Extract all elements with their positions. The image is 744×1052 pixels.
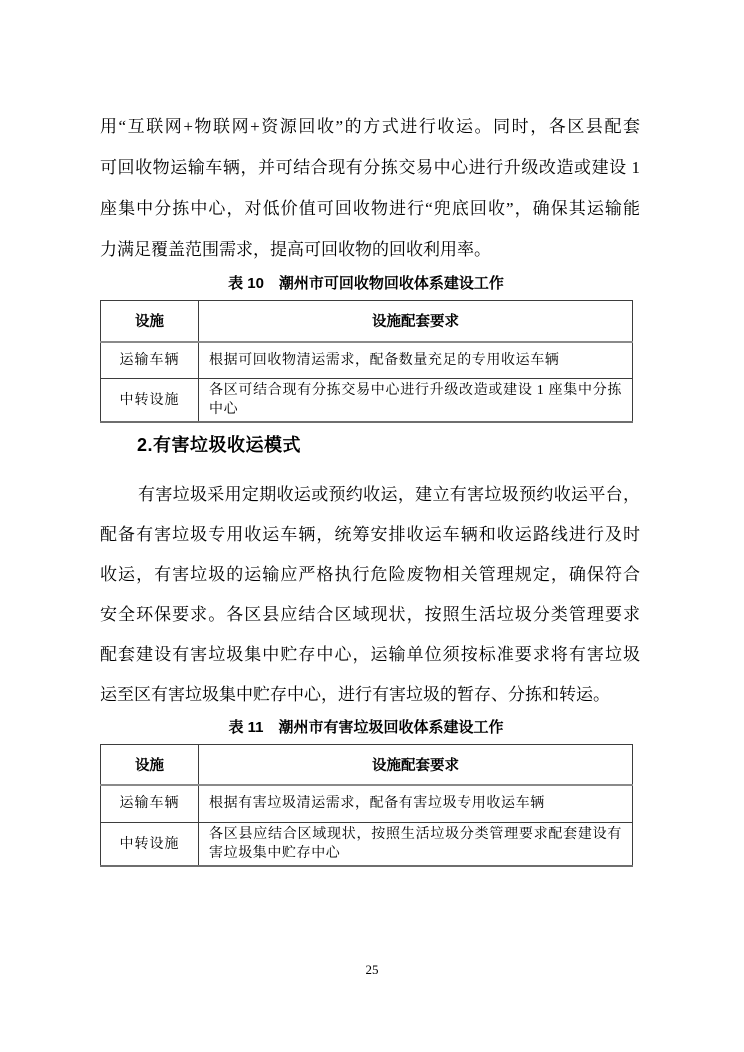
cell-requirement: 根据有害垃圾清运需求，配备有害垃圾专用收运车辆 bbox=[199, 785, 633, 823]
paragraph-line: 安全环保要求。各区县应结合区域现状，按照生活垃圾分类管理要求 bbox=[100, 595, 640, 635]
table11-caption-title: 潮州市有害垃圾回收体系建设工作 bbox=[279, 719, 504, 736]
table11-caption: 表 11潮州市有害垃圾回收体系建设工作 bbox=[100, 718, 632, 738]
cell-facility: 运输车辆 bbox=[101, 342, 199, 379]
paragraph-line: 运至区有害垃圾集中贮存中心，进行有害垃圾的暂存、分拣和转运。 bbox=[100, 675, 640, 715]
table10-caption-title: 潮州市可回收物回收体系建设工作 bbox=[279, 275, 504, 292]
paragraph-line: 用“互联网+物联网+资源回收”的方式进行收运。同时，各区县配套 bbox=[100, 106, 640, 147]
section-heading-hazardous-waste: 2.有害垃圾收运模式 bbox=[137, 434, 301, 457]
hazardous-waste-table: 设施 设施配套要求 运输车辆 根据有害垃圾清运需求，配备有害垃圾专用收运车辆 中… bbox=[100, 744, 633, 867]
paragraph-line: 收运，有害垃圾的运输应严格执行危险废物相关管理规定，确保符合 bbox=[100, 555, 640, 595]
table-row: 中转设施 各区可结合现有分拣交易中心进行升级改造或建设 1 座集中分拣中心 bbox=[101, 379, 633, 423]
cell-facility: 中转设施 bbox=[101, 823, 199, 867]
paragraph-line: 配备有害垃圾专用收运车辆，统筹安排收运车辆和收运路线进行及时 bbox=[100, 515, 640, 555]
paragraph-line: 有害垃圾采用定期收运或预约收运，建立有害垃圾预约收运平台， bbox=[100, 475, 640, 515]
paragraph-recyclables: 用“互联网+物联网+资源回收”的方式进行收运。同时，各区县配套 可回收物运输车辆… bbox=[100, 106, 640, 270]
paragraph-line: 力满足覆盖范围需求，提高可回收物的回收利用率。 bbox=[100, 229, 640, 270]
table11-header-facility: 设施 bbox=[101, 745, 199, 785]
cell-facility: 运输车辆 bbox=[101, 785, 199, 823]
page-number: 25 bbox=[0, 962, 744, 978]
table10-caption-label: 表 10 bbox=[228, 275, 264, 292]
table11-caption-label: 表 11 bbox=[228, 719, 263, 736]
table11-header-row: 设施 设施配套要求 bbox=[101, 745, 633, 785]
paragraph-line: 可回收物运输车辆，并可结合现有分拣交易中心进行升级改造或建设 1 bbox=[100, 147, 640, 188]
paragraph-hazardous-waste: 有害垃圾采用定期收运或预约收运，建立有害垃圾预约收运平台， 配备有害垃圾专用收运… bbox=[100, 475, 640, 715]
table-row: 运输车辆 根据可回收物清运需求，配备数量充足的专用收运车辆 bbox=[101, 342, 633, 379]
paragraph-line: 座集中分拣中心，对低价值可回收物进行“兜底回收”，确保其运输能 bbox=[100, 188, 640, 229]
table10-header-requirement: 设施配套要求 bbox=[199, 301, 633, 342]
table10-caption: 表 10潮州市可回收物回收体系建设工作 bbox=[100, 274, 632, 294]
cell-facility: 中转设施 bbox=[101, 379, 199, 423]
paragraph-line: 配套建设有害垃圾集中贮存中心，运输单位须按标准要求将有害垃圾 bbox=[100, 635, 640, 675]
cell-requirement: 根据可回收物清运需求，配备数量充足的专用收运车辆 bbox=[199, 342, 633, 379]
table-row: 中转设施 各区县应结合区域现状，按照生活垃圾分类管理要求配套建设有害垃圾集中贮存… bbox=[101, 823, 633, 867]
table11-header-requirement: 设施配套要求 bbox=[199, 745, 633, 785]
table-row: 运输车辆 根据有害垃圾清运需求，配备有害垃圾专用收运车辆 bbox=[101, 785, 633, 823]
table10-header-facility: 设施 bbox=[101, 301, 199, 342]
document-page: 用“互联网+物联网+资源回收”的方式进行收运。同时，各区县配套 可回收物运输车辆… bbox=[0, 0, 744, 1052]
table10-header-row: 设施 设施配套要求 bbox=[101, 301, 633, 342]
cell-requirement: 各区县应结合区域现状，按照生活垃圾分类管理要求配套建设有害垃圾集中贮存中心 bbox=[199, 823, 633, 867]
recyclables-table: 设施 设施配套要求 运输车辆 根据可回收物清运需求，配备数量充足的专用收运车辆 … bbox=[100, 300, 633, 423]
cell-requirement: 各区可结合现有分拣交易中心进行升级改造或建设 1 座集中分拣中心 bbox=[199, 379, 633, 423]
